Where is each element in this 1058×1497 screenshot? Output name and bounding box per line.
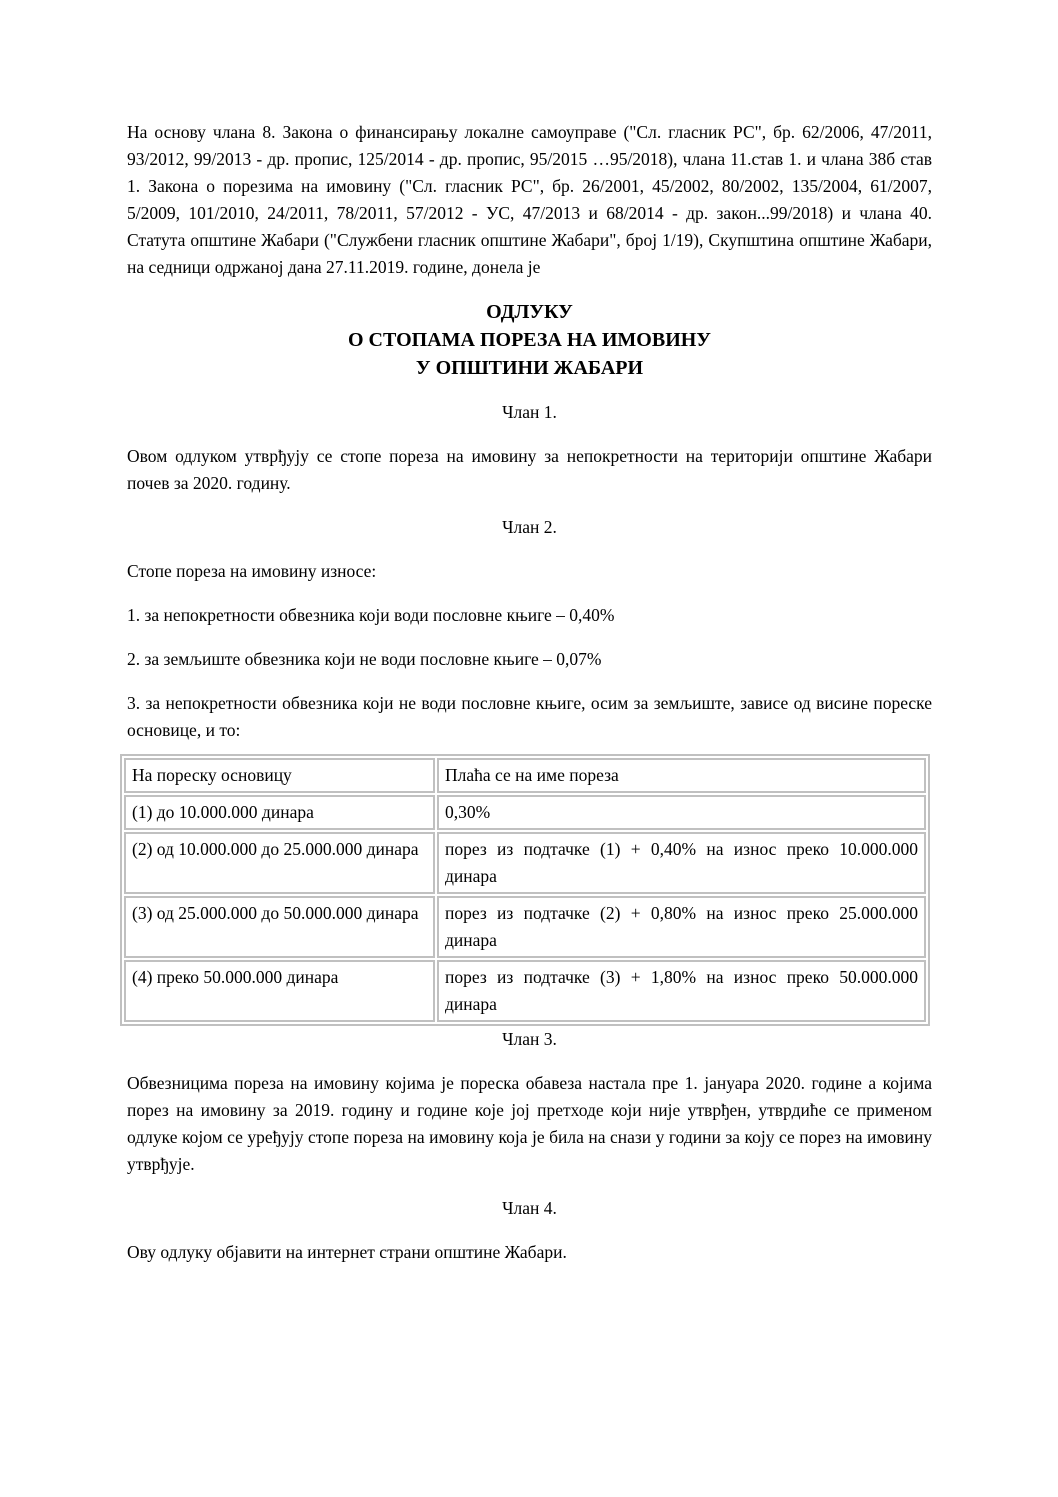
tax-table-row-2: (2) од 10.000.000 до 25.000.000 динара п…: [124, 832, 926, 894]
tax-table-row-4-basis: (4) преко 50.000.000 динара: [124, 960, 435, 1022]
tax-table-row-2-basis: (2) од 10.000.000 до 25.000.000 динара: [124, 832, 435, 894]
tax-table-row-2-payable: порез из подтачке (1) + 0,40% на износ п…: [437, 832, 926, 894]
article-4-heading: Члан 4.: [127, 1195, 932, 1222]
intro-paragraph: На основу члана 8. Закона о финансирању …: [127, 119, 932, 281]
document-page: На основу члана 8. Закона о финансирању …: [0, 0, 1058, 1497]
tax-table-row-3-basis: (3) од 25.000.000 до 50.000.000 динара: [124, 896, 435, 958]
tax-table-row-1: (1) до 10.000.000 динара 0,30%: [124, 795, 926, 830]
article-3-heading: Члан 3.: [127, 1026, 932, 1053]
article-4-paragraph: Ову одлуку објавити на интернет страни о…: [127, 1239, 932, 1266]
tax-table-row-3-payable: порез из подтачке (2) + 0,80% на износ п…: [437, 896, 926, 958]
decision-title-line-2: О СТОПАМА ПОРЕЗА НА ИМОВИНУ: [127, 326, 932, 354]
article-1-paragraph: Овом одлуком утврђују се стопе пореза на…: [127, 443, 932, 497]
tax-table-row-4: (4) преко 50.000.000 динара порез из под…: [124, 960, 926, 1022]
decision-title: ОДЛУКУ О СТОПАМА ПОРЕЗА НА ИМОВИНУ У ОПШ…: [127, 298, 932, 382]
tax-table-row-1-basis: (1) до 10.000.000 динара: [124, 795, 435, 830]
tax-table-header-basis: На пореску основицу: [124, 758, 435, 793]
article-2-intro: Стопе пореза на имовину износе:: [127, 558, 932, 585]
tax-table-header-payable: Плаћа се на име пореза: [437, 758, 926, 793]
article-2-item-2: 2. за земљиште обвезника који не води по…: [127, 646, 932, 673]
tax-table-row-3: (3) од 25.000.000 до 50.000.000 динара п…: [124, 896, 926, 958]
tax-table-header-row: На пореску основицу Плаћа се на име поре…: [124, 758, 926, 793]
tax-table-row-1-payable: 0,30%: [437, 795, 926, 830]
article-2-heading: Члан 2.: [127, 514, 932, 541]
tax-rate-table: На пореску основицу Плаћа се на име поре…: [120, 754, 930, 1026]
article-2-item-3: 3. за непокретности обвезника који не во…: [127, 690, 932, 744]
decision-title-line-1: ОДЛУКУ: [127, 298, 932, 326]
article-1-heading: Члан 1.: [127, 399, 932, 426]
decision-title-line-3: У ОПШТИНИ ЖАБАРИ: [127, 354, 932, 382]
article-3-paragraph: Обвезницима пореза на имовину којима је …: [127, 1070, 932, 1178]
article-2-item-1: 1. за непокретности обвезника који води …: [127, 602, 932, 629]
tax-table-row-4-payable: порез из подтачке (3) + 1,80% на износ п…: [437, 960, 926, 1022]
